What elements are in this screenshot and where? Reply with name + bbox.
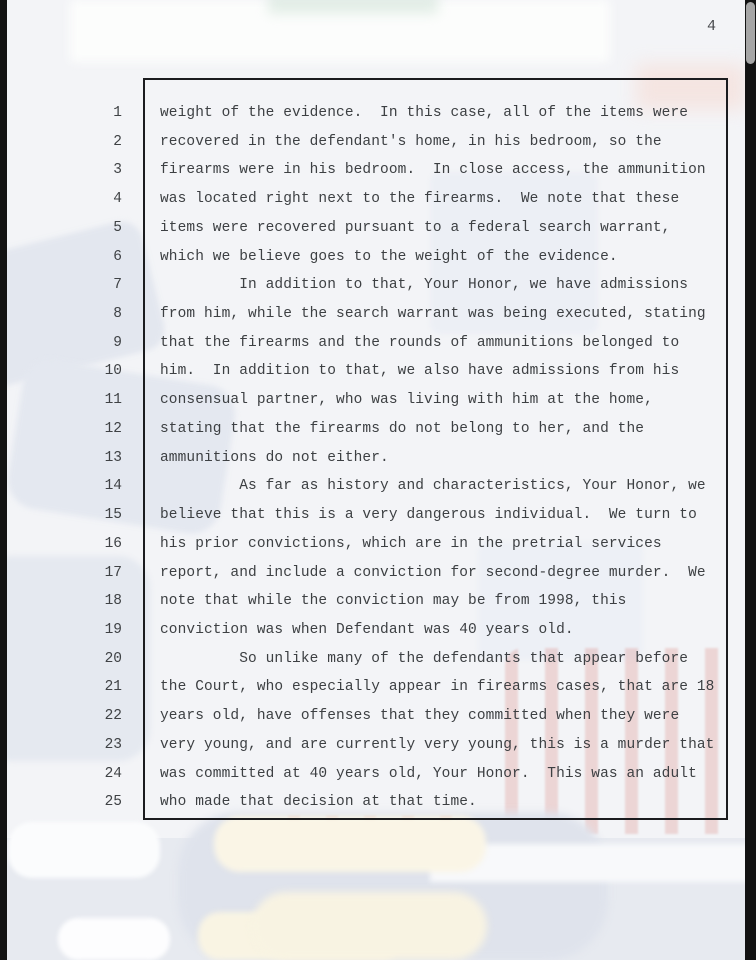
transcript-line: 12stating that the firearms do not belon… bbox=[96, 415, 726, 444]
transcript-line: 22years old, have offenses that they com… bbox=[96, 702, 726, 731]
line-text: was committed at 40 years old, Your Hono… bbox=[160, 760, 697, 789]
line-text: So unlike many of the defendants that ap… bbox=[160, 645, 688, 674]
line-number: 25 bbox=[96, 788, 122, 817]
line-text: from him, while the search warrant was b… bbox=[160, 300, 706, 329]
line-number: 24 bbox=[96, 760, 122, 789]
line-number: 15 bbox=[96, 501, 122, 530]
line-number: 23 bbox=[96, 731, 122, 760]
page-number: 4 bbox=[707, 18, 716, 35]
line-text: consensual partner, who was living with … bbox=[160, 386, 653, 415]
line-text: which we believe goes to the weight of t… bbox=[160, 243, 618, 272]
transcript-line: 21the Court, who especially appear in fi… bbox=[96, 673, 726, 702]
transcript-line: 24was committed at 40 years old, Your Ho… bbox=[96, 760, 726, 789]
transcript-line: 18note that while the conviction may be … bbox=[96, 587, 726, 616]
transcript-line: 25who made that decision at that time. bbox=[96, 788, 726, 817]
transcript-line: 1weight of the evidence. In this case, a… bbox=[96, 99, 726, 128]
transcript-line: 20 So unlike many of the defendants that… bbox=[96, 645, 726, 674]
line-text: items were recovered pursuant to a feder… bbox=[160, 214, 670, 243]
line-number: 22 bbox=[96, 702, 122, 731]
line-text: ammunitions do not either. bbox=[160, 444, 389, 473]
line-number: 9 bbox=[96, 329, 122, 358]
line-text: who made that decision at that time. bbox=[160, 788, 477, 817]
line-number: 7 bbox=[96, 271, 122, 300]
line-number: 17 bbox=[96, 559, 122, 588]
transcript-line: 23very young, and are currently very you… bbox=[96, 731, 726, 760]
transcript-line: 17report, and include a conviction for s… bbox=[96, 559, 726, 588]
transcript-viewer: 4 1weight of the evidence. In this case,… bbox=[0, 0, 756, 960]
transcript-line: 15believe that this is a very dangerous … bbox=[96, 501, 726, 530]
line-number: 2 bbox=[96, 128, 122, 157]
line-number: 18 bbox=[96, 587, 122, 616]
scrollbar-track[interactable] bbox=[745, 0, 756, 960]
line-number: 19 bbox=[96, 616, 122, 645]
line-number: 5 bbox=[96, 214, 122, 243]
transcript-line: 13ammunitions do not either. bbox=[96, 444, 726, 473]
transcript-line: 10him. In addition to that, we also have… bbox=[96, 357, 726, 386]
line-number: 20 bbox=[96, 645, 122, 674]
line-number: 14 bbox=[96, 472, 122, 501]
transcript-lines: 1weight of the evidence. In this case, a… bbox=[96, 99, 726, 817]
line-text: years old, have offenses that they commi… bbox=[160, 702, 679, 731]
line-text: believe that this is a very dangerous in… bbox=[160, 501, 697, 530]
line-text: conviction was when Defendant was 40 yea… bbox=[160, 616, 574, 645]
line-text: stating that the firearms do not belong … bbox=[160, 415, 644, 444]
line-number: 3 bbox=[96, 156, 122, 185]
line-number: 12 bbox=[96, 415, 122, 444]
line-number: 11 bbox=[96, 386, 122, 415]
line-number: 1 bbox=[96, 99, 122, 128]
left-edge-bar bbox=[0, 0, 7, 960]
line-text: his prior convictions, which are in the … bbox=[160, 530, 662, 559]
transcript-line: 3firearms were in his bedroom. In close … bbox=[96, 156, 726, 185]
line-text: him. In addition to that, we also have a… bbox=[160, 357, 679, 386]
transcript-line: 7 In addition to that, Your Honor, we ha… bbox=[96, 271, 726, 300]
transcript-line: 11consensual partner, who was living wit… bbox=[96, 386, 726, 415]
transcript-line: 2recovered in the defendant's home, in h… bbox=[96, 128, 726, 157]
transcript-line: 8from him, while the search warrant was … bbox=[96, 300, 726, 329]
transcript-line: 14 As far as history and characteristics… bbox=[96, 472, 726, 501]
line-number: 4 bbox=[96, 185, 122, 214]
line-text: weight of the evidence. In this case, al… bbox=[160, 99, 688, 128]
line-number: 21 bbox=[96, 673, 122, 702]
line-text: firearms were in his bedroom. In close a… bbox=[160, 156, 706, 185]
line-text: was located right next to the firearms. … bbox=[160, 185, 679, 214]
transcript-line: 16his prior convictions, which are in th… bbox=[96, 530, 726, 559]
line-number: 16 bbox=[96, 530, 122, 559]
document-page: 4 1weight of the evidence. In this case,… bbox=[0, 0, 756, 960]
line-text: In addition to that, Your Honor, we have… bbox=[160, 271, 688, 300]
transcript-line: 4was located right next to the firearms.… bbox=[96, 185, 726, 214]
scrollbar-thumb[interactable] bbox=[746, 2, 755, 64]
line-text: As far as history and characteristics, Y… bbox=[160, 472, 706, 501]
line-text: the Court, who especially appear in fire… bbox=[160, 673, 715, 702]
line-number: 10 bbox=[96, 357, 122, 386]
line-text: note that while the conviction may be fr… bbox=[160, 587, 626, 616]
line-number: 13 bbox=[96, 444, 122, 473]
line-text: report, and include a conviction for sec… bbox=[160, 559, 706, 588]
line-text: that the firearms and the rounds of ammu… bbox=[160, 329, 679, 358]
transcript-line: 9that the firearms and the rounds of amm… bbox=[96, 329, 726, 358]
transcript-line: 5items were recovered pursuant to a fede… bbox=[96, 214, 726, 243]
line-number: 8 bbox=[96, 300, 122, 329]
transcript-line: 19conviction was when Defendant was 40 y… bbox=[96, 616, 726, 645]
line-text: recovered in the defendant's home, in hi… bbox=[160, 128, 662, 157]
line-text: very young, and are currently very young… bbox=[160, 731, 715, 760]
line-number: 6 bbox=[96, 243, 122, 272]
transcript-line: 6which we believe goes to the weight of … bbox=[96, 243, 726, 272]
